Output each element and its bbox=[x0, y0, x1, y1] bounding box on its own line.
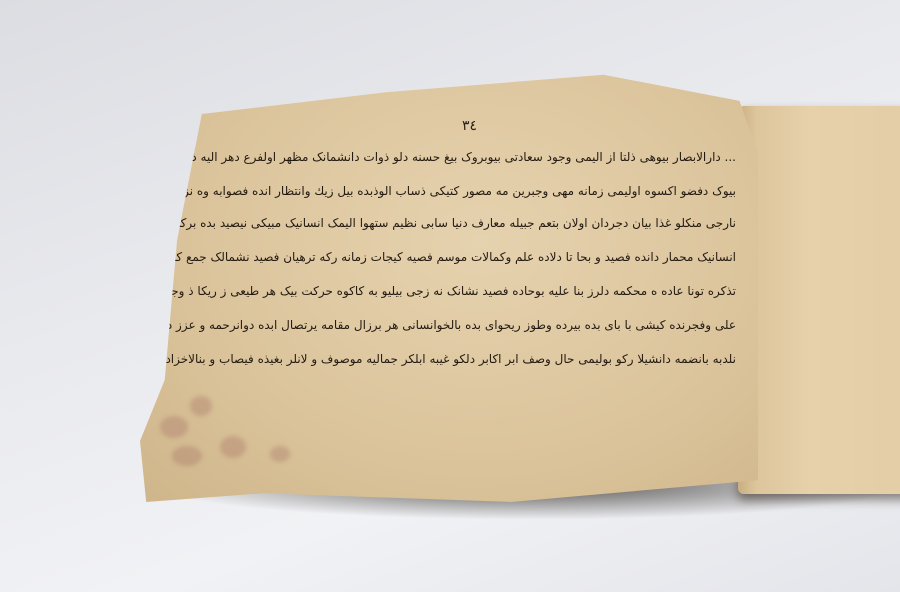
stain bbox=[172, 446, 202, 466]
text-line: نارجی منکلو غذا بیان دجردان اولان بتعم ج… bbox=[111, 216, 736, 230]
manuscript-left-page: ٣٤ ... دارالابصار بیوهی ذلتا از الیمی وج… bbox=[140, 66, 758, 502]
stain bbox=[190, 396, 212, 416]
stain bbox=[160, 416, 188, 438]
text-line: نلدبه بانضمه دانشیلا رکو بولیمی حال وصف … bbox=[85, 352, 736, 366]
text-line: ... دارالابصار بیوهی ذلتا از الیمی وجود … bbox=[175, 150, 736, 164]
text-line: تذکره تونا عاده ه محکمه دلرز بنا علیه بو… bbox=[125, 284, 736, 298]
right-page-blank bbox=[738, 106, 900, 494]
stain bbox=[270, 446, 290, 462]
stain bbox=[220, 436, 246, 458]
text-line: انسانیک محمار دانده فصید و بحا تا دلاده … bbox=[2, 250, 736, 264]
text-line: علی وفجرنده کیشی با بای بده بیرده وطوز ر… bbox=[71, 318, 736, 332]
page-number: ٣٤ bbox=[462, 118, 477, 134]
text-line: بیوک دفضو اکسوه اولیمی زمانه مهی وجبرین … bbox=[80, 184, 736, 198]
